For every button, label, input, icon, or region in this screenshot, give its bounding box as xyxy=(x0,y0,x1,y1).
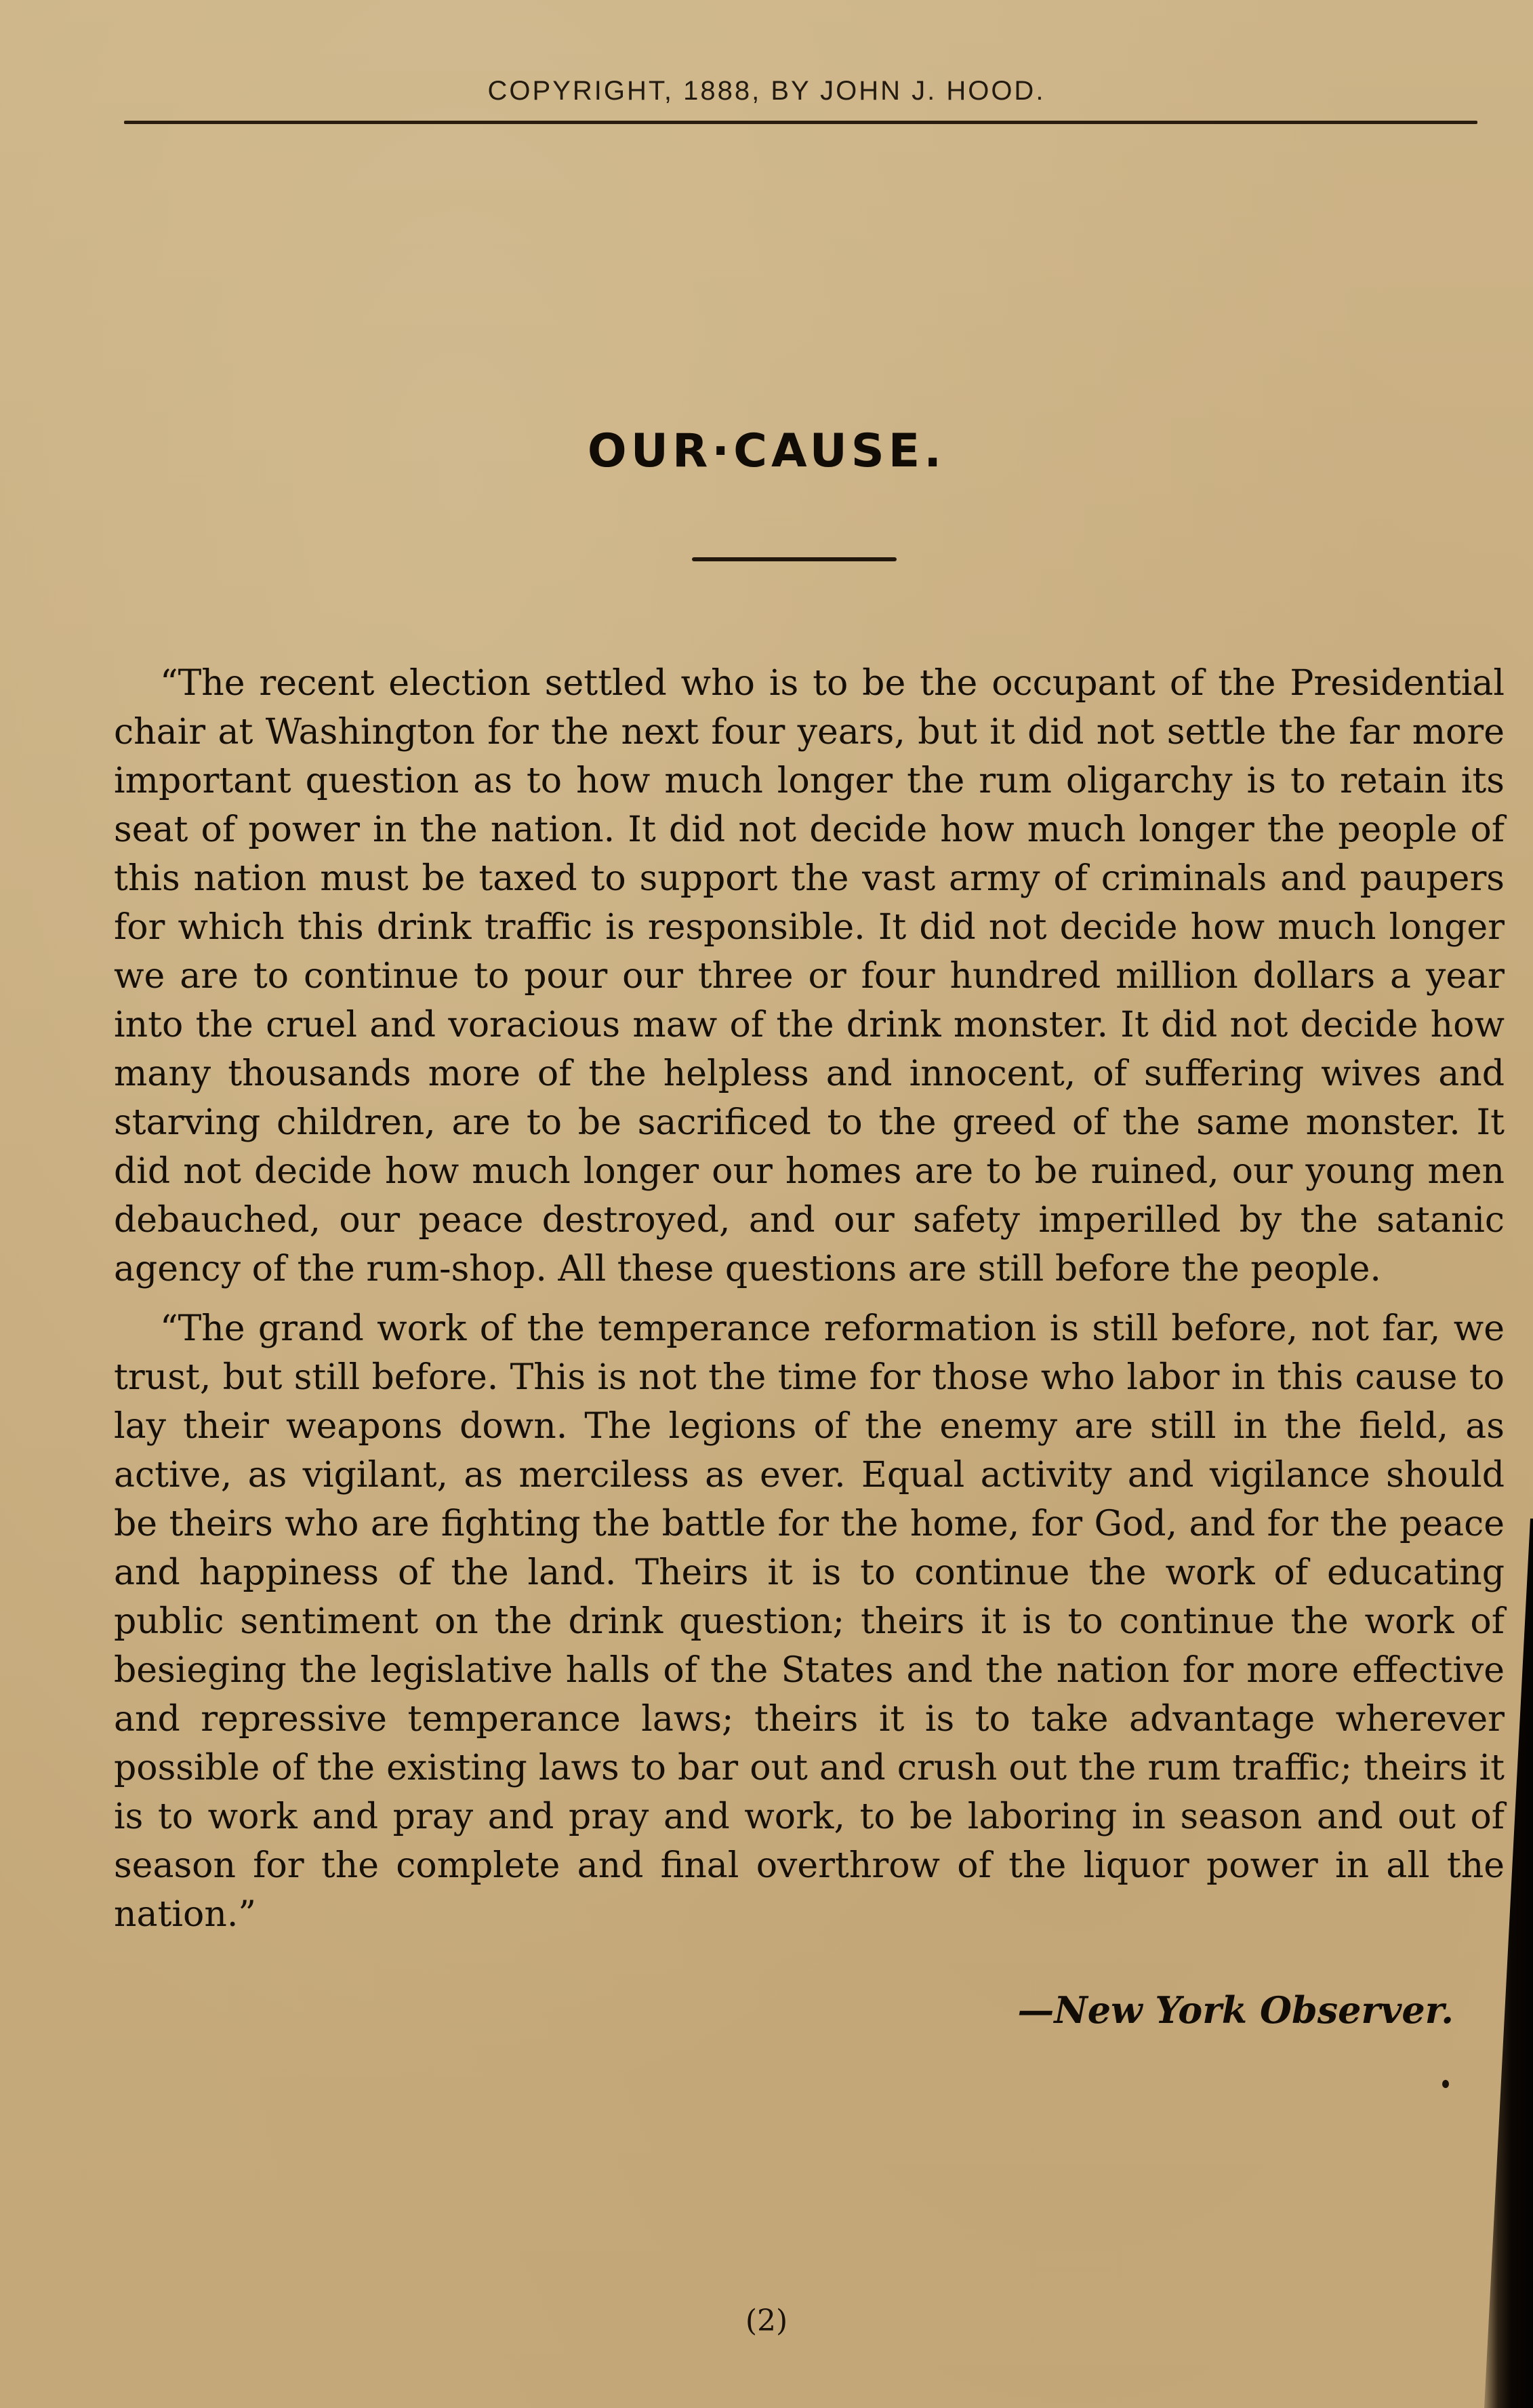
quoted-article-body: “The recent election settled who is to b… xyxy=(114,659,1505,1950)
ink-speck-mark xyxy=(1442,2080,1449,2088)
paragraph-1: “The recent election settled who is to b… xyxy=(114,659,1505,1293)
source-attribution: —New York Observer. xyxy=(1017,1988,1454,2032)
page-title: OUR·CAUSE. xyxy=(0,424,1533,478)
header-rule-divider xyxy=(124,121,1477,124)
title-rule-divider xyxy=(692,557,897,561)
page-number: (2) xyxy=(0,2304,1533,2338)
copyright-running-head: COPYRIGHT, 1888, BY JOHN J. HOOD. xyxy=(0,76,1533,106)
paragraph-2: “The grand work of the temperance reform… xyxy=(114,1304,1505,1939)
book-page: COPYRIGHT, 1888, BY JOHN J. HOOD. OUR·CA… xyxy=(0,0,1533,2408)
